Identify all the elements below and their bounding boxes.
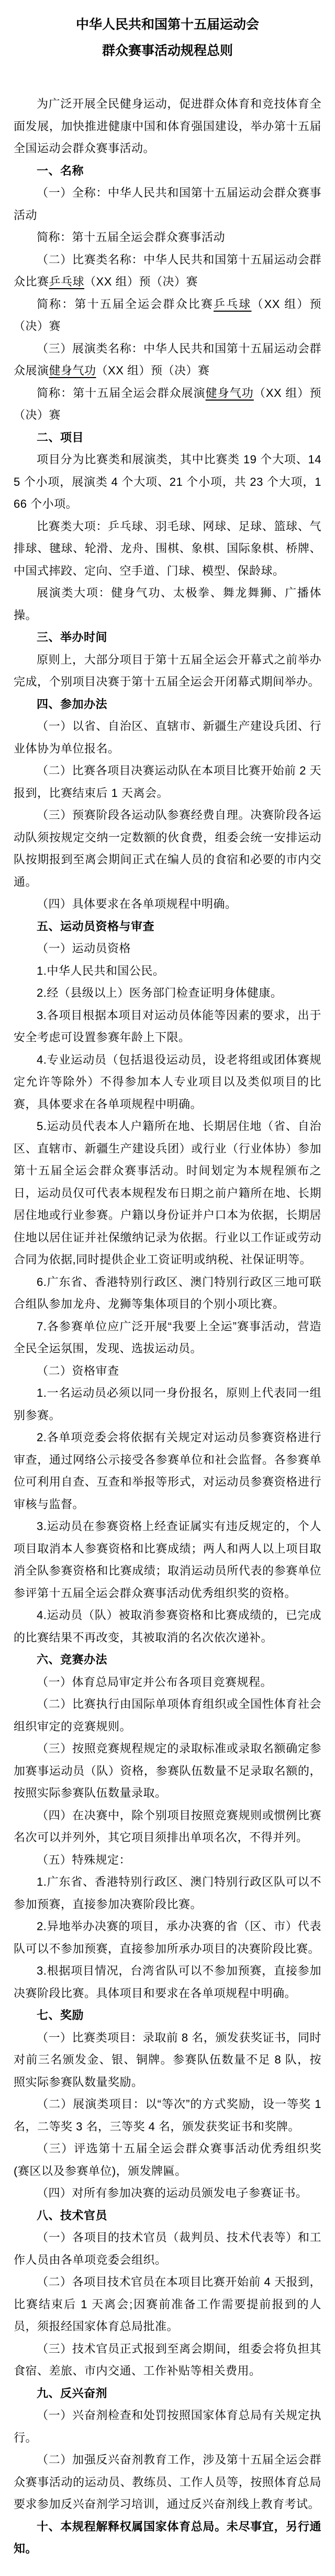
document-page: 中华人民共和国第十五届运动会 群众赛事活动规程总则 为广泛开展全民健身运动，促进… [0, 0, 335, 2576]
doc-paragraph: 展演类大项：健身气功、太极拳、舞龙舞狮、广播体操。 [14, 582, 321, 626]
doc-paragraph: 原则上，大部分项目于第十五届全运会开幕式之前举办完成，个别项目决赛于第十五届全运… [14, 649, 321, 693]
doc-paragraph: （三）技术官员正式报到至离会期间，组委会将负担其食宿、差旅、市内交通、工作补贴等… [14, 2338, 321, 2383]
doc-paragraph: 3.运动员在参赛资格上经查证属实有违反规定的，个人项目取消本人参赛资格和比赛成绩… [14, 1515, 321, 1604]
doc-paragraph: 2.异地举办决赛的项目，承办决赛的省（区、市）代表队可以不参加预赛，直接参加所承… [14, 1916, 321, 1960]
doc-paragraph: （三）按照竞赛规程规定的录取标准或录取名额确定参加赛事运动员（队）资格，参赛队伍… [14, 1738, 321, 1805]
doc-paragraph: 4.专业运动员（包括退役运动员，设老将组或团体赛规定允许等除外）不得参加本人专业… [14, 1049, 321, 1116]
doc-paragraph: （四）具体要求在各单项规程中明确。 [14, 893, 321, 916]
section-heading: 二、项目 [14, 427, 321, 449]
doc-paragraph: （二）比赛执行由国际单项体育组织或全国性体育社会组织审定的竞赛规则。 [14, 1693, 321, 1738]
doc-paragraph: 简称：第十五届全运会群众展演健身气功（XX 组）预（决）赛 [14, 382, 321, 427]
document-body: 为广泛开展全民健身运动，促进群众体育和竞技体育全面发展，加快推进健康中国和体育强… [14, 93, 321, 2560]
doc-paragraph: 6.广东省、香港特别行政区、澳门特别行政区三地可联合组队参加龙舟、龙狮等集体项目… [14, 1271, 321, 1316]
doc-paragraph: （二）比赛类名称：中华人民共和国第十五届运动会群众比赛乒乓球（XX 组）预（决）… [14, 249, 321, 293]
doc-paragraph: （二）加强反兴奋剂教育工作，涉及第十五届全运会群众赛事活动的运动员、教练员、工作… [14, 2449, 321, 2516]
doc-paragraph: 简称：第十五届全运会群众比赛乒乓球（XX 组）预（决）赛 [14, 293, 321, 338]
doc-paragraph: （二）比赛各项目决赛运动队在本项目比赛开始前 2 天报到，比赛结束后 1 天离会… [14, 760, 321, 804]
doc-paragraph: （五）特殊规定： [14, 1849, 321, 1872]
underlined-event-name: 乒乓球 [49, 275, 85, 288]
doc-paragraph: （四）对所有参加决赛的运动员颁发电子参赛证书。 [14, 2182, 321, 2205]
section-heading: 九、反兴奋剂 [14, 2383, 321, 2405]
underlined-event-name: 乒乓球 [214, 298, 251, 311]
doc-paragraph: 1.广东省、香港特别行政区、澳门特别行政区队可以不参加预赛，直接参加决赛阶段比赛… [14, 1871, 321, 1916]
doc-paragraph: （二）各项目技术官员在本项目比赛开始前 4 天报到，比赛结束后 1 天离会;因赛… [14, 2271, 321, 2338]
section-heading: 一、名称 [14, 160, 321, 183]
underlined-event-name: 健身气功 [49, 364, 96, 377]
doc-paragraph: 2.各单项竞委会将依据有关规定对运动员参赛资格进行审查，通过网络公示接受各参赛单… [14, 1427, 321, 1515]
doc-paragraph: （一）兴奋剂检查和处罚按照国家体育总局有关规定执行。 [14, 2404, 321, 2449]
section-heading: 七、奖励 [14, 2004, 321, 2027]
doc-paragraph: 4.运动员（队）被取消参赛资格和比赛成绩的，已完成的比赛结果不再改变，其被取消的… [14, 1604, 321, 1649]
doc-paragraph: 3.各项目根据本项目对运动员体能等因素的要求，出于安全考虑可设置参赛年龄上下限。 [14, 1005, 321, 1049]
section-heading: 六、竞赛办法 [14, 1649, 321, 1671]
doc-paragraph: （一）比赛类项目：录取前 8 名，颁发获奖证书，同时对前三名颁发金、银、铜牌。参… [14, 2027, 321, 2094]
doc-paragraph: （一）运动员资格 [14, 938, 321, 960]
doc-paragraph: 5.运动员代表本人户籍所在地、长期居住地（省、自治区、直辖市、新疆生产建设兵团）… [14, 1115, 321, 1271]
doc-paragraph: （三）评选第十五届全运会群众赛事活动优秀组织奖(赛区以及参赛单位)，颁发牌匾。 [14, 2138, 321, 2182]
doc-paragraph: （二）展演类项目：以“等次”的方式奖励，设一等奖 1 名，二等奖 3 名，三等奖… [14, 2093, 321, 2138]
section-heading: 八、技术官员 [14, 2205, 321, 2227]
section-heading: 五、运动员资格与审查 [14, 916, 321, 938]
section-heading: 四、参加办法 [14, 693, 321, 716]
section-heading: 三、举办时间 [14, 626, 321, 649]
document-title: 中华人民共和国第十五届运动会 群众赛事活动规程总则 [14, 12, 321, 64]
doc-paragraph: 十、本规程解释权属国家体育总局。未尽事宜，另行通知。 [14, 2516, 321, 2560]
doc-paragraph: （四）在决赛中，除个别项目按照竞赛规则或惯例比赛名次可以并列外，其它项目须排出单… [14, 1805, 321, 1849]
document-title-line1: 中华人民共和国第十五届运动会 [14, 12, 321, 38]
doc-paragraph: 项目分为比赛类和展演类，其中比赛类 19 个大项、145 个小项，展演类 4 个… [14, 449, 321, 516]
doc-paragraph: 为广泛开展全民健身运动，促进群众体育和竞技体育全面发展，加快推进健康中国和体育强… [14, 93, 321, 160]
doc-paragraph: （一）全称：中华人民共和国第十五届运动会群众赛事活动 [14, 182, 321, 226]
doc-paragraph: 比赛类大项：乒乓球、羽毛球、网球、足球、篮球、气排球、毽球、轮滑、龙舟、围棋、象… [14, 516, 321, 583]
doc-paragraph: （一）体育总局审定并公布各项目竞赛规程。 [14, 1671, 321, 1694]
doc-paragraph: （三）展演类名称：中华人民共和国第十五届运动会群众展演健身气功（XX 组）预（决… [14, 338, 321, 382]
document-title-line2: 群众赛事活动规程总则 [14, 38, 321, 64]
underlined-event-name: 健身气功 [206, 386, 254, 400]
doc-paragraph: 3.根据项目情况，台湾省队可以不参加预赛，直接参加决赛阶段比赛。具体项目和要求在… [14, 1960, 321, 2004]
doc-paragraph: 7.各参赛单位应广泛开展“我要上全运”赛事活动，营造全民全运氛围，发现、选拔运动… [14, 1316, 321, 1360]
doc-paragraph: 1.一名运动员必须以同一身份报名，原则上代表同一组别参赛。 [14, 1382, 321, 1427]
doc-paragraph: （三）预赛阶段各运动队参赛经费自理。决赛阶段各运动队须按规定交纳一定数额的伙食费… [14, 804, 321, 893]
doc-paragraph: （一）以省、自治区、直辖市、新疆生产建设兵团、行业体协为单位报名。 [14, 715, 321, 760]
doc-paragraph: （二）资格审查 [14, 1360, 321, 1383]
doc-paragraph: 简称：第十五届全运会群众赛事活动 [14, 226, 321, 249]
doc-paragraph: 2.经（县级以上）医务部门检查证明身体健康。 [14, 982, 321, 1005]
doc-paragraph: （一）各项目的技术官员（裁判员、技术代表等）和工作人员由各单项竞委会组织。 [14, 2227, 321, 2271]
doc-paragraph: 1.中华人民共和国公民。 [14, 960, 321, 983]
